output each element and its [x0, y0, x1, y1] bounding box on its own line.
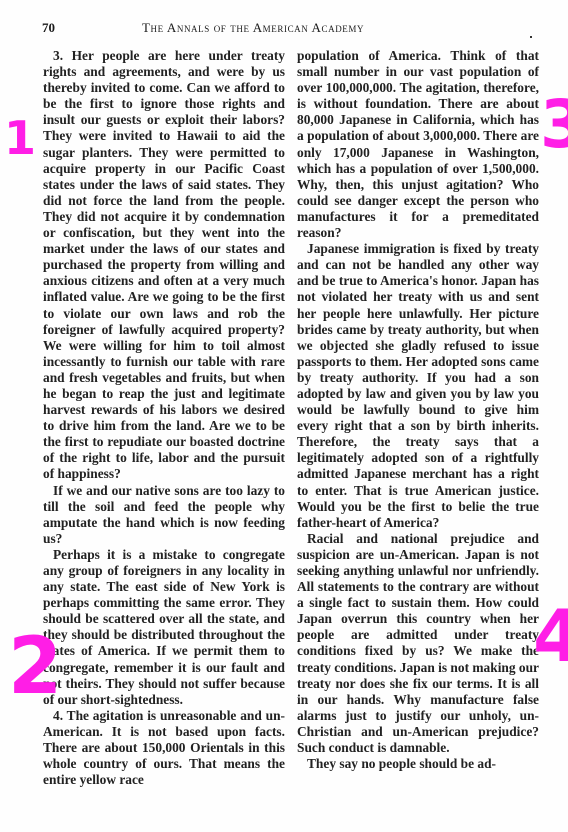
- speck: [530, 36, 532, 38]
- annotation-mark-2: 2: [8, 628, 62, 706]
- running-title: The Annals of the American Academy: [142, 20, 364, 36]
- paragraph: Perhaps it is a mistake to congregate an…: [43, 547, 285, 708]
- annotation-mark-3: 3: [540, 92, 568, 158]
- paragraph: population of America. Think of that sma…: [297, 48, 539, 241]
- left-column: 3. Her people are here under treaty righ…: [43, 48, 285, 788]
- page-header: 70 The Annals of the American Academy: [42, 20, 532, 38]
- annotation-mark-4: 4: [533, 600, 568, 672]
- scanned-page: 70 The Annals of the American Academy 3.…: [0, 0, 568, 832]
- paragraph: They say no people should be ad-: [297, 756, 539, 772]
- paragraph: Japanese immigration is fixed by treaty …: [297, 241, 539, 531]
- paragraph: Racial and national prejudice and suspic…: [297, 531, 539, 756]
- paragraph: If we and our native sons are too lazy t…: [43, 483, 285, 547]
- paragraph: 3. Her people are here under treaty righ…: [43, 48, 285, 483]
- paragraph: 4. The agitation is unreasonable and un-…: [43, 708, 285, 788]
- annotation-mark-1: 1: [4, 115, 36, 161]
- right-column: population of America. Think of that sma…: [297, 48, 539, 772]
- page-number: 70: [42, 20, 55, 36]
